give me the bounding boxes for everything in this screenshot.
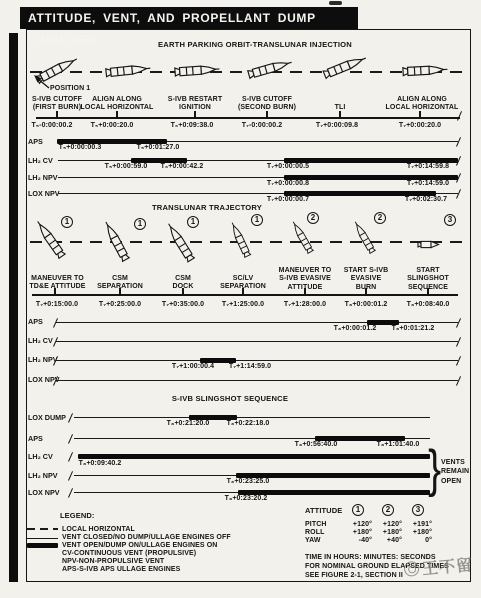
legend-title: LEGEND: [60, 512, 130, 521]
attitude-position-badge: 1 [61, 216, 73, 228]
attitude-value: +40° [374, 537, 402, 545]
row-label-lh2-cv: LH₂ CV [28, 452, 53, 461]
attitude-row-label: ROLL [305, 529, 345, 537]
figure-attitude-vent-dump-timelines: ATTITUDE, VENT, AND PROPELLANT DUMP TIME… [0, 0, 481, 598]
bar-time: T₈+0:01:21.2 [373, 325, 453, 333]
attitude-value: +191° [404, 521, 432, 529]
bar-time: T₈+0:22:18.0 [208, 420, 288, 428]
axis-tick [365, 288, 367, 294]
scan-artifact [329, 1, 342, 5]
watermark-logo-icon [403, 561, 419, 577]
event-time: T₈+0:08:40.0 [388, 301, 468, 309]
ullage-on-bar [315, 436, 405, 441]
event-time: T₅+0:00:20.0 [72, 122, 152, 130]
section1-heading: EARTH PARKING ORBIT-TRANSLUNAR INJECTION [120, 40, 390, 49]
legend-sample-thick [27, 543, 58, 548]
vent-open-bar [367, 320, 399, 325]
bar-time: T₈+0:56:40.0 [276, 441, 356, 449]
row-label-lox-dump: LOX DUMP [28, 413, 66, 422]
bar-time: T₅+0:00:00.3 [40, 144, 120, 152]
bar-time: T₇+0:00:00.8 [248, 180, 328, 188]
bar-time: T₈+0:09:40.2 [60, 460, 140, 468]
bar-time: T₇+1:14:59.0 [210, 363, 290, 371]
attitude-value: 0° [404, 537, 432, 545]
vent-closed-line [56, 341, 458, 342]
axis-tick [304, 288, 306, 294]
attitude-value: +120° [344, 521, 372, 529]
vent-open-bar [284, 158, 458, 163]
dump-on-bar [189, 415, 237, 420]
bar-time: T₈+0:23:25.0 [208, 478, 288, 486]
vent-closed-line [74, 492, 238, 493]
position-1-label: POSITION 1 [50, 85, 110, 93]
watermark-text: 王不留 [421, 552, 474, 579]
row-label-lh2-npv: LH₂ NPV [28, 471, 58, 480]
bar-time: T₇+0:02:30.7 [386, 196, 466, 204]
vent-open-bar [57, 139, 167, 144]
section1-timeline-axis [36, 117, 460, 119]
legend-item: CV-CONTINUOUS VENT (PROPULSIVE) [62, 550, 302, 558]
bar-time: T₅+0:01:27.0 [118, 144, 198, 152]
figure-title: ATTITUDE, VENT, AND PROPELLANT DUMP TIME… [20, 7, 358, 29]
attitude-value: +180° [404, 529, 432, 537]
vents-remain-open-note: VENTS REMAIN OPEN [441, 458, 475, 486]
axis-tick [54, 288, 56, 294]
axis-tick [339, 111, 341, 117]
axis-tick [242, 288, 244, 294]
vents-brace: } [428, 443, 441, 495]
event-time: T₇+0:00:09.8 [297, 122, 377, 130]
attitude-value: +120° [374, 521, 402, 529]
vent-closed-line [56, 360, 458, 361]
bar-time: T₆+0:00:42.2 [142, 163, 222, 171]
row-label-aps: APS [28, 434, 43, 443]
axis-tick [56, 111, 58, 117]
attitude-row-label: PITCH [305, 521, 345, 529]
attitude-position-badge: 1 [134, 218, 146, 230]
vent-open-bar [284, 175, 458, 180]
event-time: T₇+0:00:20.0 [380, 122, 460, 130]
axis-tick [419, 111, 421, 117]
section2-timeline-axis [32, 294, 458, 296]
bar-time: T₈+1:01:40.0 [358, 441, 438, 449]
attitude-position-badge: 1 [251, 214, 263, 226]
vent-closed-line [74, 475, 236, 476]
legend-sample-thin [27, 538, 58, 539]
axis-tick [119, 288, 121, 294]
bar-time: T₈+0:23:20.2 [206, 495, 286, 503]
event-time: T₆+0:09:38.0 [152, 122, 232, 130]
legend-item: APS-S-IVB APS ULLAGE ENGINES [62, 566, 302, 574]
axis-tick [182, 288, 184, 294]
axis-tick [116, 111, 118, 117]
attitude-position-badge: 2 [374, 212, 386, 224]
vent-closed-line [56, 380, 458, 381]
axis-tick [266, 111, 268, 117]
vent-open-bar [200, 358, 236, 363]
section3-heading: S-IVB SLINGSHOT SEQUENCE [130, 394, 330, 403]
vent-open-bar [131, 158, 187, 163]
row-label-lh2-npv: LH₂ NPV [28, 173, 58, 182]
attitude-position-badge: 1 [187, 216, 199, 228]
rocket-icon [174, 61, 221, 79]
legend-item: VENT OPEN/DUMP ON/ULLAGE ENGINES ON [62, 542, 302, 550]
attitude-position-badge: 2 [307, 212, 319, 224]
axis-tick [194, 111, 196, 117]
section2-heading: TRANSLUNAR TRAJECTORY [107, 203, 307, 212]
attitude-value: -40° [344, 537, 372, 545]
vent-open-bar [238, 490, 430, 495]
legend-sample-dashed [27, 528, 58, 530]
attitude-column-badge: 3 [412, 504, 424, 516]
row-label-lh2-cv: LH₂ CV [28, 156, 53, 165]
legend-item: NPV-NON-PROPULSIVE VENT [62, 558, 302, 566]
vent-open-bar [284, 191, 436, 196]
rocket-icon [402, 62, 449, 79]
vent-open-bar [236, 473, 430, 478]
bar-time: T₇+0:00:00.5 [248, 163, 328, 171]
axis-tick [427, 288, 429, 294]
attitude-column-badge: 1 [352, 504, 364, 516]
legend-item: VENT CLOSED/NO DUMP/ULLAGE ENGINES OFF [62, 534, 302, 542]
event-label: ALIGN ALONG LOCAL HORIZONTAL [380, 96, 464, 113]
attitude-value: +180° [344, 529, 372, 537]
event-time: T₇-0:00:00.2 [222, 122, 302, 130]
legend-item: LOCAL HORIZONTAL [62, 526, 302, 534]
vent-open-bar [78, 454, 430, 459]
position-arrow-icon [31, 74, 51, 89]
csm-icon [416, 238, 440, 251]
attitude-value: +180° [374, 529, 402, 537]
row-label-lh2-cv: LH₂ CV [28, 336, 53, 345]
attitude-position-badge: 3 [444, 214, 456, 226]
attitude-row-label: YAW [305, 537, 345, 545]
row-label-lox-npv: LOX NPV [28, 488, 60, 497]
row-label-lox-npv: LOX NPV [28, 189, 60, 198]
vent-closed-line [74, 417, 430, 418]
attitude-column-badge: 2 [382, 504, 394, 516]
row-label-aps: APS [28, 317, 43, 326]
